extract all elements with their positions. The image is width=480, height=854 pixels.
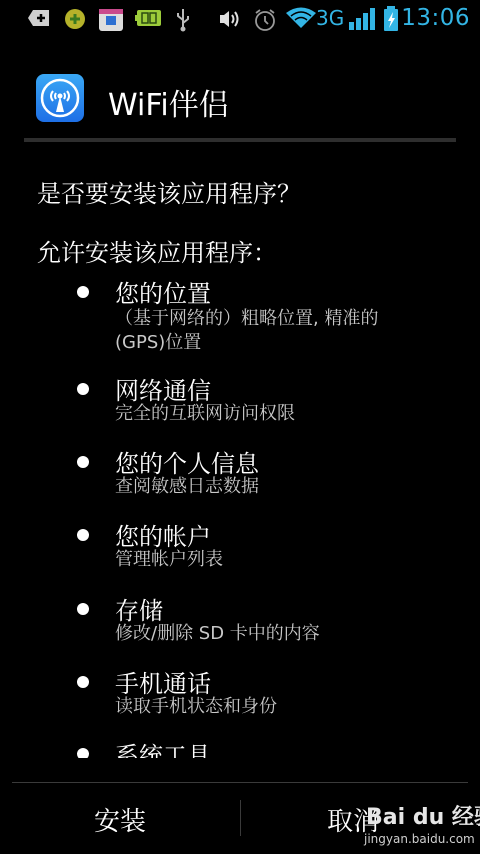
permission-title: 手机通话 — [115, 664, 211, 699]
permission-title: 网络通信 — [115, 371, 211, 406]
wifi-antenna-icon — [36, 74, 84, 122]
footer-divider — [12, 782, 468, 783]
permission-desc: 完全的互联网访问权限 — [115, 402, 415, 426]
permission-title: 您的帐户 — [115, 517, 211, 552]
install-question: 是否要安装该应用程序？ — [37, 174, 301, 209]
permission-title: 您的个人信息 — [115, 444, 259, 479]
baidu-watermark: Bai du 经验 jingyan.baidu.com — [360, 798, 480, 852]
network-type: 3G — [316, 6, 344, 30]
install-button[interactable]: 安装 — [0, 784, 240, 854]
dialog-header: WiFi伴侣 — [0, 70, 480, 130]
status-bar: 3G 13:06 — [0, 0, 480, 38]
battery-monitor-icon — [135, 8, 163, 28]
bullet-icon — [77, 286, 89, 298]
permission-desc: 查阅敏感日志数据 — [115, 475, 415, 499]
alarm-icon — [253, 8, 277, 32]
usb-icon — [175, 8, 191, 32]
permission-desc: （基于网络的）粗略位置, 精准的(GPS)位置 — [115, 307, 415, 355]
permission-desc: 读取手机状态和身份 — [115, 695, 415, 719]
permission-title: 存储 — [115, 591, 163, 626]
watermark-url: jingyan.baidu.com — [364, 832, 475, 846]
signal-icon — [348, 8, 376, 30]
permission-title: 系统工具 — [115, 736, 211, 758]
permission-desc: 修改/删除 SD 卡中的内容 — [115, 622, 415, 646]
app-store-icon — [98, 8, 124, 32]
permissions-list[interactable]: 您的位置 （基于网络的）粗略位置, 精准的(GPS)位置 网络通信 完全的互联网… — [0, 272, 480, 758]
wifi-icon — [285, 6, 317, 30]
add-notification-icon — [27, 8, 51, 28]
volume-icon — [218, 8, 240, 30]
bullet-icon — [77, 383, 89, 395]
watermark-logo: Bai du 经验 — [366, 800, 480, 831]
app-title: WiFi伴侣 — [108, 80, 229, 124]
permission-title: 您的位置 — [115, 274, 211, 309]
game-icon — [64, 8, 86, 30]
bullet-icon — [77, 676, 89, 688]
bullet-icon — [77, 748, 89, 758]
clock: 13:06 — [401, 5, 470, 31]
bullet-icon — [77, 603, 89, 615]
header-divider — [24, 138, 456, 142]
permissions-heading: 允许安装该应用程序： — [37, 233, 277, 268]
battery-charging-icon — [383, 6, 399, 32]
bullet-icon — [77, 529, 89, 541]
bullet-icon — [77, 456, 89, 468]
permission-desc: 管理帐户列表 — [115, 548, 415, 572]
